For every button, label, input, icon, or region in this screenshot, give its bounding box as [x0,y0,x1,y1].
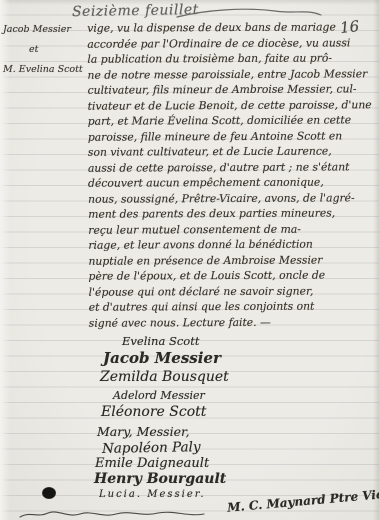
record-body-text: vige, vu la dispense de deux bans de mar… [87,19,378,331]
signature-henry-bourgault: Henry Bourgault [94,471,226,487]
signature-adelord-messier: Adelord Messier [113,389,205,402]
margin-groom-name: Jacob Messier [3,20,87,40]
signature-mary-messier: Mary, Messier, [97,424,190,439]
body-line: découvert aucun empêchement canonique, [88,174,377,191]
scanned-register-page: Seizième feuillet 16 Jacob Messier et M.… [0,0,379,520]
signature-emile-daigneault: Emile Daigneault [95,456,209,471]
margin-bride-name: M. Evelina Scott [3,60,87,80]
body-line: ne de notre messe paroissiale, entre Jac… [87,66,376,83]
body-line: cultivateur, fils mineur de Ambroise Mes… [88,81,377,98]
body-line: ment des parents des deux parties mineur… [88,205,377,222]
body-line: accordée par l'Ordinaire de ce diocèse, … [87,35,376,52]
signature-lucia-messier: Lucia. Messier. [99,489,206,500]
body-line: nous, soussigné, Prêtre-Vicaire, avons, … [88,190,377,207]
cutoff-handwriting-fragment [18,504,208,520]
signature-zemilda-bousquet: Zemilda Bousquet [100,369,229,385]
body-line: et d'autres qui ainsi que les conjoints … [89,298,378,315]
margin-annotation: Jacob Messier et M. Evelina Scott [3,20,87,80]
body-line: père de l'époux, et de Louis Scott, oncl… [88,267,377,284]
body-line: vige, vu la dispense de deux bans de mar… [87,19,376,36]
signature-evelina-scott: Evelina Scott [122,334,199,348]
body-line: signé avec nous. Lecture faite. — [89,314,378,331]
signature-eleonore-scott: Eléonore Scott [101,404,206,420]
body-line: aussi de cette paroisse, d'autre part ; … [88,159,377,176]
body-line: paroisse, fille mineure de feu Antoine S… [88,128,377,145]
body-line: son vivant cultivateur, et de Lucie Laur… [88,143,377,160]
body-line: riage, et leur avons donné la bénédictio… [88,236,377,253]
body-line: la publication du troisième ban, faite a… [87,50,376,67]
body-line: part, et Marie Évelina Scott, domiciliée… [88,112,377,129]
signature-napoleon-paly: Napoléon Paly [102,439,201,457]
signature-jacob-messier: Jacob Messier [103,349,221,367]
cutoff-squiggle-icon [18,509,208,519]
margin-et: et [3,40,87,60]
signature-officiant-maynard: M. C. Maynard Ptre Vic [227,487,379,515]
ink-blot [42,487,56,499]
body-line: l'épouse qui ont déclaré ne savoir signe… [89,283,378,300]
body-line: reçu leur mutuel consentement de ma- [88,221,377,238]
body-line: tivateur et de Lucie Benoit, de cette pa… [88,97,377,114]
body-line: nuptiale en présence de Ambroise Messier [88,252,377,269]
